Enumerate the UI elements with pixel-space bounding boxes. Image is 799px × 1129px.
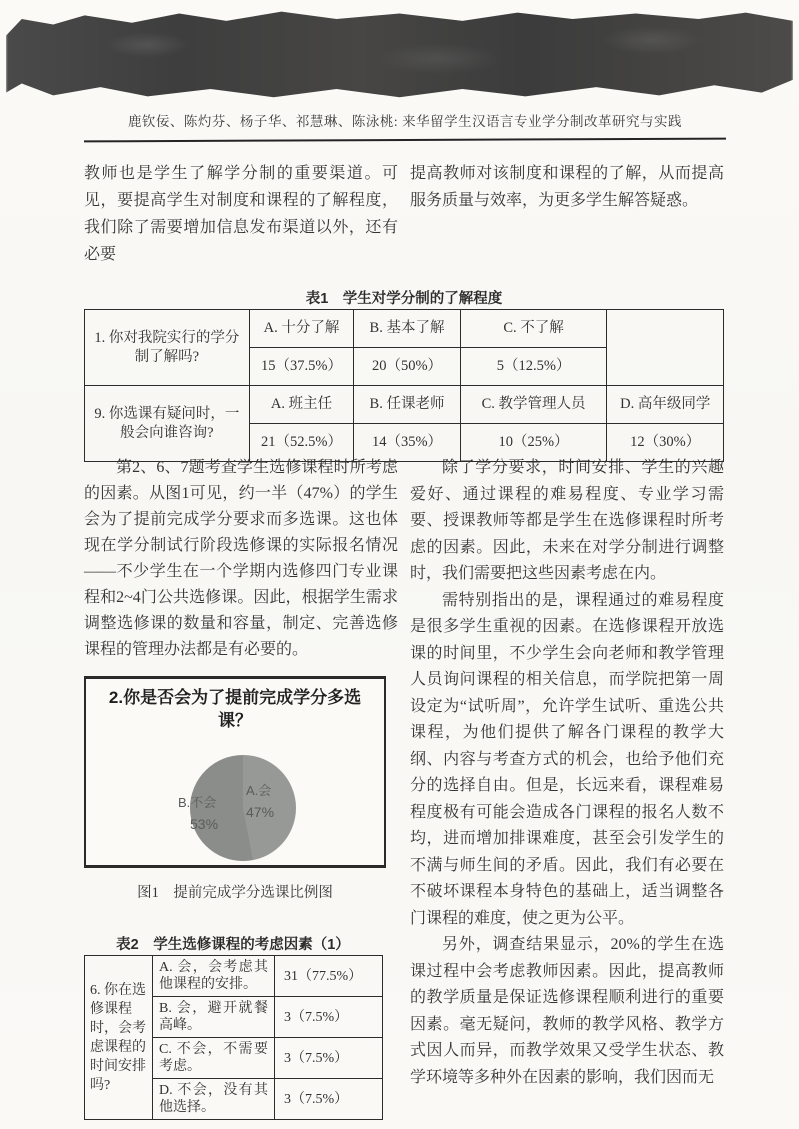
table1-q1: 1. 你对我院实行的学分制了解吗?	[85, 310, 250, 386]
table2-course-selection-factors: 6. 你在选修课程时，会考虑课程的时间安排吗? A. 会，会考虑其他课程的安排。…	[84, 955, 383, 1120]
paragraph-left-top: 教师也是学生了解学分制的重要渠道。可见，要提高学生对制度和课程的了解程度，我们除…	[84, 160, 398, 268]
paragraph-right-top: 提高教师对该制度和课程的了解，从而提高服务质量与效率，为更多学生解答疑惑。	[410, 160, 724, 214]
table1-q9: 9. 你选课有疑问时，一般会向谁咨询?	[85, 386, 250, 462]
table-row: 6. 你在选修课程时，会考虑课程的时间安排吗? A. 会，会考虑其他课程的安排。…	[85, 956, 383, 997]
table1-q1-count-a: 15（37.5%）	[249, 348, 353, 386]
table2-option-b: B. 会，避开就餐高峰。	[153, 997, 275, 1038]
table1-q1-option-b: B. 基本了解	[354, 310, 461, 348]
table1-q9-option-c: C. 教学管理人员	[460, 386, 607, 424]
table1-q9-option-a: A. 班主任	[249, 386, 353, 424]
table2-count-b: 3（7.5%）	[275, 997, 383, 1038]
table1-q1-option-c: C. 不了解	[460, 310, 607, 348]
paragraph-right-2: 需特别指出的是，课程通过的难易程度是很多学生重视的因素。在选修课程开放选课的时间…	[410, 588, 724, 933]
table1-q1-count-c: 5（12.5%）	[460, 348, 607, 386]
pie-slice-b-label: B.不会	[178, 795, 216, 810]
figure1-pie-chart-box: 2.你是否会为了提前完成学分多选课？ A.会 47% B.不会 53%	[84, 676, 386, 868]
pie-chart-title: 2.你是否会为了提前完成学分多选课？	[96, 686, 374, 732]
pie-slice-b-value: 53%	[190, 817, 218, 832]
table1-title: 表1 学生对学分制的了解程度	[84, 287, 724, 308]
pie-slice-a-label: A.会	[246, 783, 271, 798]
paragraph-right-1: 除了学分要求，时间安排、学生的兴趣爱好、通过课程的难易程度、专业学习需要、授课教…	[410, 455, 724, 588]
figure1-caption: 图1 提前完成学分选课比例图	[84, 881, 386, 902]
table2-question: 6. 你在选修课程时，会考虑课程的时间安排吗?	[85, 956, 153, 1120]
table-row: 1. 你对我院实行的学分制了解吗? A. 十分了解 B. 基本了解 C. 不了解	[85, 310, 724, 348]
paragraph-right-3: 另外，调查结果显示，20%的学生在选课过程中会考虑教师因素。因此，提高教师的教学…	[410, 932, 724, 1091]
running-header: 鹿钦佞、陈灼芬、杨子华、祁慧琳、陈泳桃: 来华留学生汉语言专业学分制改革研究与实…	[84, 110, 726, 130]
table-row: 9. 你选课有疑问时，一般会向谁咨询? A. 班主任 B. 任课老师 C. 教学…	[85, 386, 724, 424]
table1-q9-option-d: D. 高年级同学	[607, 386, 724, 424]
table2-count-c: 3（7.5%）	[275, 1038, 383, 1079]
table1-q1-option-a: A. 十分了解	[249, 310, 353, 348]
pie-slice-a-value: 47%	[246, 805, 274, 820]
table2-count-d: 3（7.5%）	[275, 1079, 383, 1120]
paragraph-left-middle: 第2、6、7题考查学生选修课程时所考虑的因素。从图1可见，约一半（47%）的学生…	[84, 455, 398, 663]
scanned-paper-page: 鹿钦佞、陈灼芬、杨子华、祁慧琳、陈泳桃: 来华留学生汉语言专业学分制改革研究与实…	[0, 0, 799, 1129]
right-column: 除了学分要求，时间安排、学生的兴趣爱好、通过课程的难易程度、专业学习需要、授课教…	[410, 455, 724, 1091]
table1-q1-empty-cell	[607, 310, 724, 386]
table1-q9-option-b: B. 任课老师	[354, 386, 461, 424]
table2-option-d: D. 不会，没有其他选择。	[153, 1079, 275, 1120]
table2-count-a: 31（77.5%）	[275, 956, 383, 997]
table2-option-a: A. 会，会考虑其他课程的安排。	[153, 956, 275, 997]
header-rule	[84, 138, 726, 143]
table2-option-c: C. 不会，不需要考虑。	[153, 1038, 275, 1079]
scanner-dark-band-artifact	[6, 8, 793, 100]
table1-q1-count-b: 20（50%）	[354, 348, 461, 386]
table1-understanding-of-credit-system: 1. 你对我院实行的学分制了解吗? A. 十分了解 B. 基本了解 C. 不了解…	[84, 309, 724, 462]
table2-title: 表2 学生选修课程的考虑因素（1）	[84, 933, 382, 954]
